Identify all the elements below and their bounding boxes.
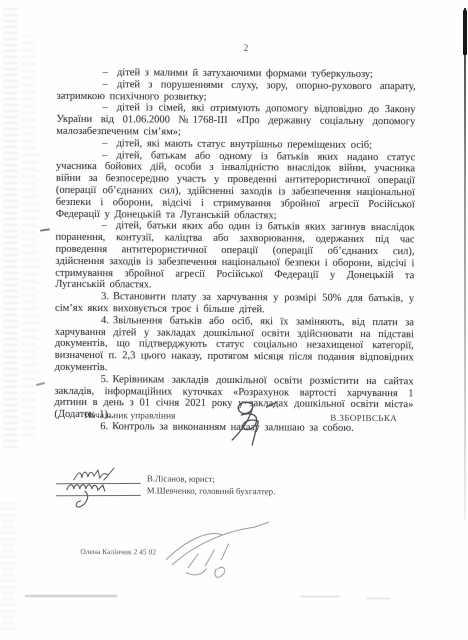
paragraph-marker: –: [102, 102, 116, 113]
paragraph: 3.Встановити плату за харчування у розмі…: [55, 291, 414, 317]
paragraph-text: дітей, батькам або одному із батьків яки…: [56, 150, 415, 221]
scanned-document-page: 2 –дітей з малими й затухаючими формами …: [0, 0, 468, 640]
paragraph: 4.Звільнення батьків або осіб, які їх за…: [55, 314, 414, 375]
page-number: 2: [238, 43, 254, 54]
paragraph: –дітей, батьки яких або один із батьків …: [55, 220, 414, 293]
paragraph-text: дітей з малими й затухаючими формами туб…: [117, 67, 373, 80]
paragraph-text: дітей, які мають статус внутрішньо перем…: [116, 138, 372, 151]
paragraph-marker: 4.: [101, 315, 113, 326]
approval-signature-line-2: [56, 495, 141, 496]
paragraph-marker: –: [103, 67, 117, 78]
executor-signature: [156, 519, 290, 582]
approval-name-jurist: В.Лісанов, юрист;: [147, 473, 215, 483]
paragraph: –дітей із сімей, які отримують допомогу …: [56, 102, 415, 140]
signatory-name: В.ЗБОРІВСЬКА: [330, 413, 397, 423]
paragraph-marker: 6.: [100, 421, 112, 432]
signatory-signature: [219, 398, 285, 450]
paragraph-marker: 3.: [101, 291, 113, 302]
paragraph-marker: –: [102, 220, 116, 231]
paragraph-marker: –: [102, 150, 116, 161]
document-body: –дітей з малими й затухаючими формами ту…: [54, 67, 416, 435]
paragraph-marker: 5.: [101, 374, 113, 385]
approval-name-accountant: М.Шевченко, головний бухгалтер.: [147, 485, 276, 496]
signatory-title: Начальник управління: [84, 411, 175, 422]
paragraph-marker: –: [103, 79, 117, 90]
paragraph: –дітей з порушеннями слуху, зору, опорно…: [57, 79, 416, 105]
executor-contact: Олена Калінчик 2 45 02: [80, 547, 156, 557]
paragraph-marker: –: [102, 138, 116, 149]
paragraph: –дітей, батькам або одному із батьків як…: [56, 149, 415, 222]
